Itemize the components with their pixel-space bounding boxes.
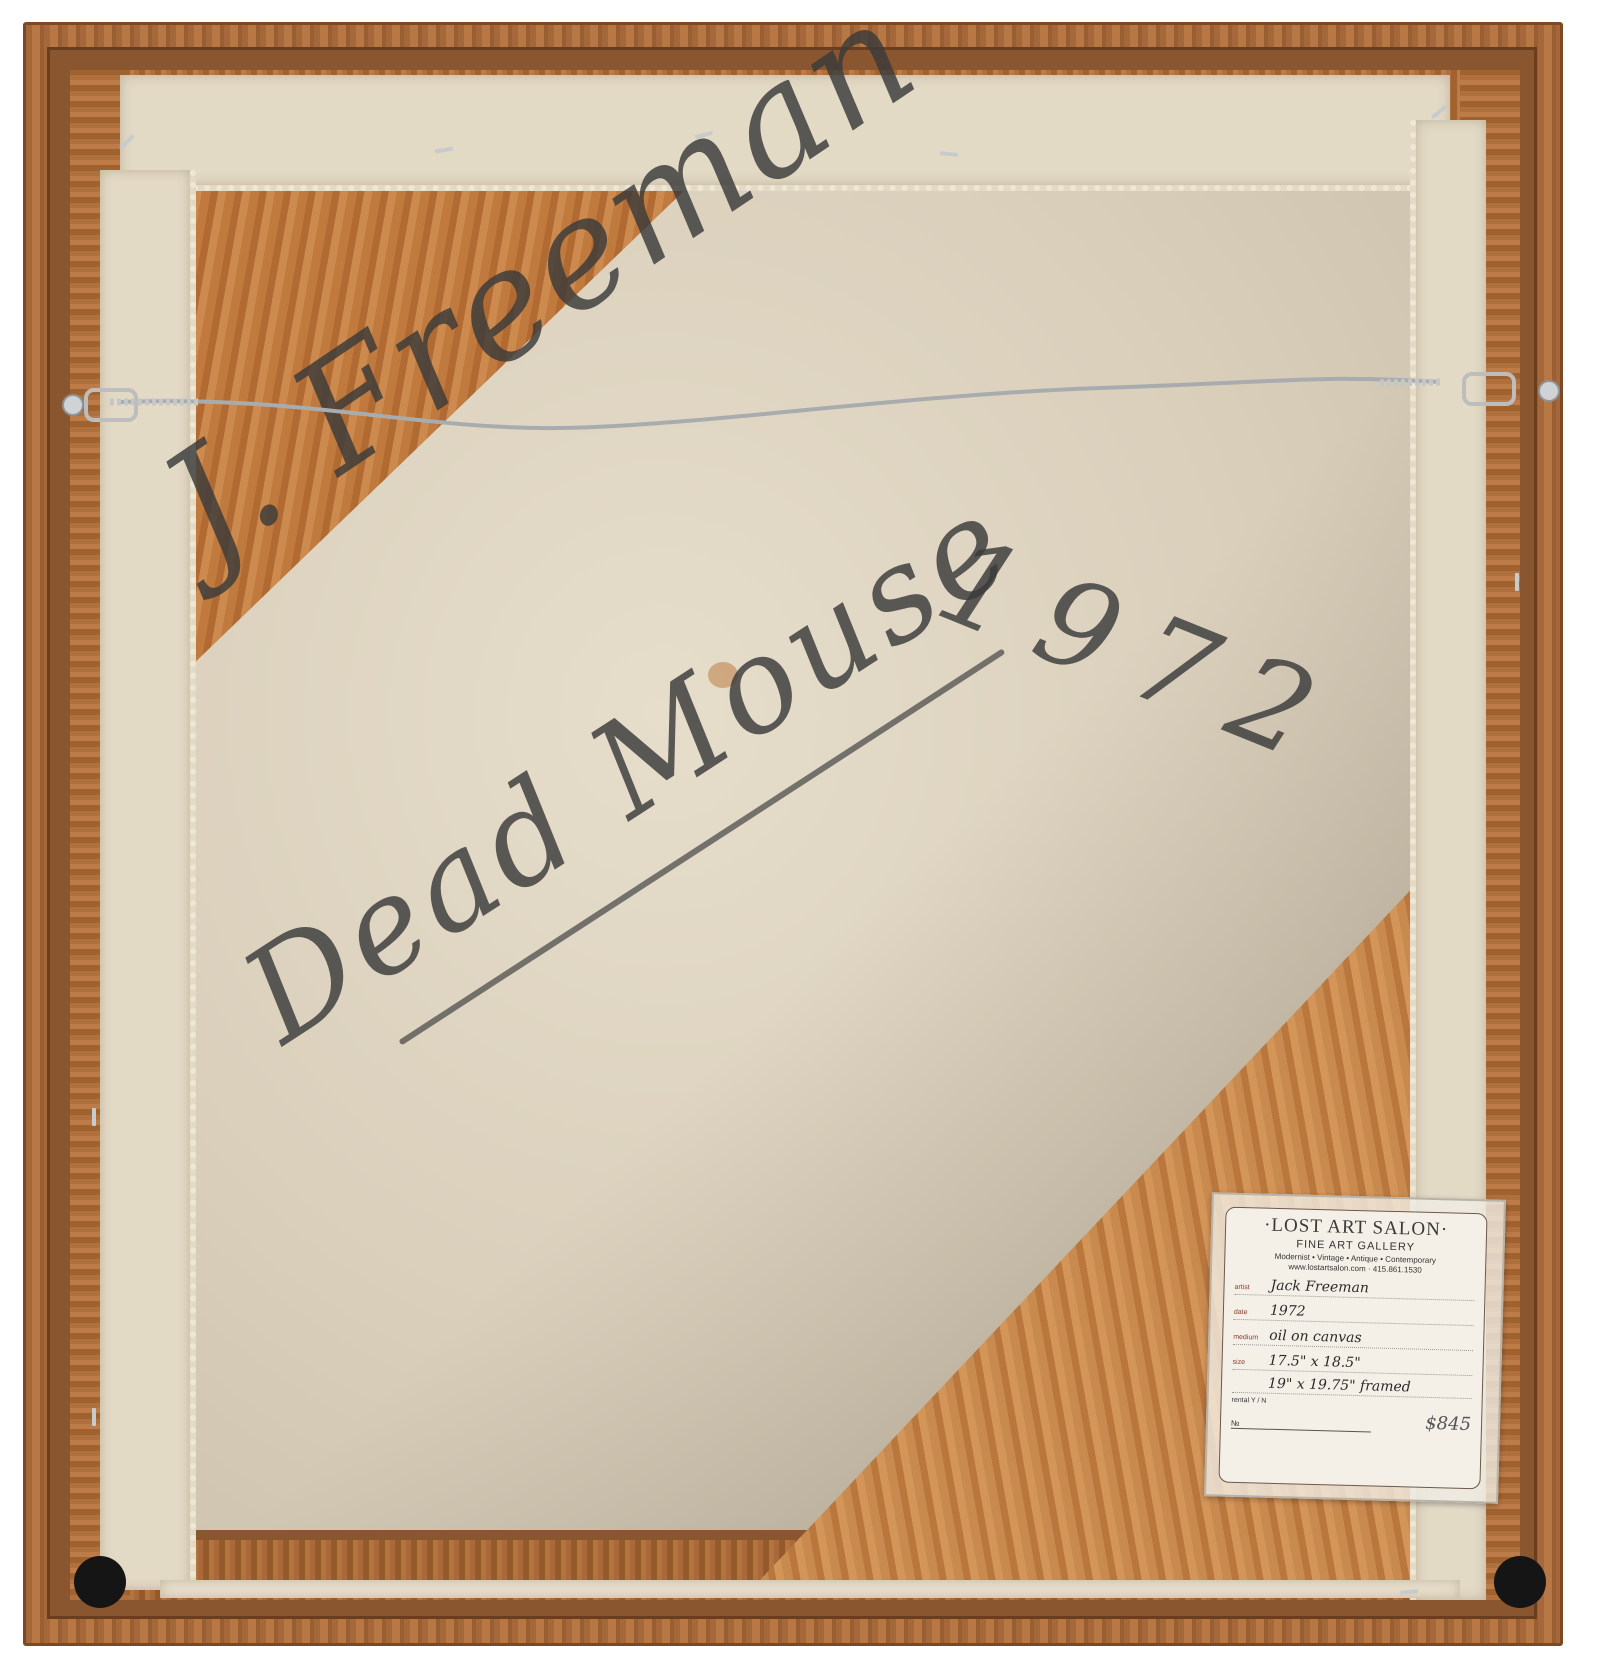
screw-icon bbox=[62, 394, 84, 416]
label-bottom-row: № $845 bbox=[1231, 1408, 1471, 1435]
field-key: size bbox=[1232, 1359, 1268, 1370]
label-field-medium: medium oil on canvas bbox=[1233, 1322, 1474, 1351]
d-ring-hanger-icon bbox=[84, 388, 138, 422]
canvas-wrap-bottom bbox=[160, 1580, 1460, 1598]
staple-icon bbox=[1515, 573, 1519, 591]
label-price: $845 bbox=[1425, 1413, 1471, 1435]
field-value: oil on canvas bbox=[1269, 1328, 1362, 1347]
field-key: medium bbox=[1233, 1334, 1269, 1345]
label-field-date: date 1972 bbox=[1234, 1297, 1475, 1326]
label-field-size: size 17.5" x 18.5" bbox=[1232, 1347, 1473, 1376]
d-ring-hanger-icon bbox=[1462, 372, 1516, 406]
field-value: 17.5" x 18.5" bbox=[1268, 1353, 1360, 1372]
field-value: Jack Freeman bbox=[1270, 1278, 1369, 1298]
gallery-label: ·LOST ART SALON· FINE ART GALLERY Modern… bbox=[1218, 1207, 1487, 1490]
gallery-label-sleeve: ·LOST ART SALON· FINE ART GALLERY Modern… bbox=[1204, 1192, 1506, 1504]
staple-icon bbox=[92, 1108, 96, 1126]
field-value: 19" x 19.75" framed bbox=[1268, 1376, 1411, 1397]
staple-icon bbox=[92, 1408, 96, 1426]
field-key: artist bbox=[1234, 1284, 1270, 1295]
field-value: 1972 bbox=[1270, 1303, 1306, 1321]
field-key: date bbox=[1234, 1309, 1270, 1320]
label-number: № bbox=[1231, 1419, 1371, 1433]
screw-icon bbox=[1538, 380, 1560, 402]
felt-bumper-icon bbox=[74, 1556, 126, 1608]
felt-bumper-icon bbox=[1494, 1556, 1546, 1608]
label-field-artist: artist Jack Freeman bbox=[1234, 1272, 1475, 1301]
label-field-size-framed: 19" x 19.75" framed bbox=[1232, 1372, 1472, 1399]
canvas-wrap-left bbox=[100, 170, 196, 1590]
